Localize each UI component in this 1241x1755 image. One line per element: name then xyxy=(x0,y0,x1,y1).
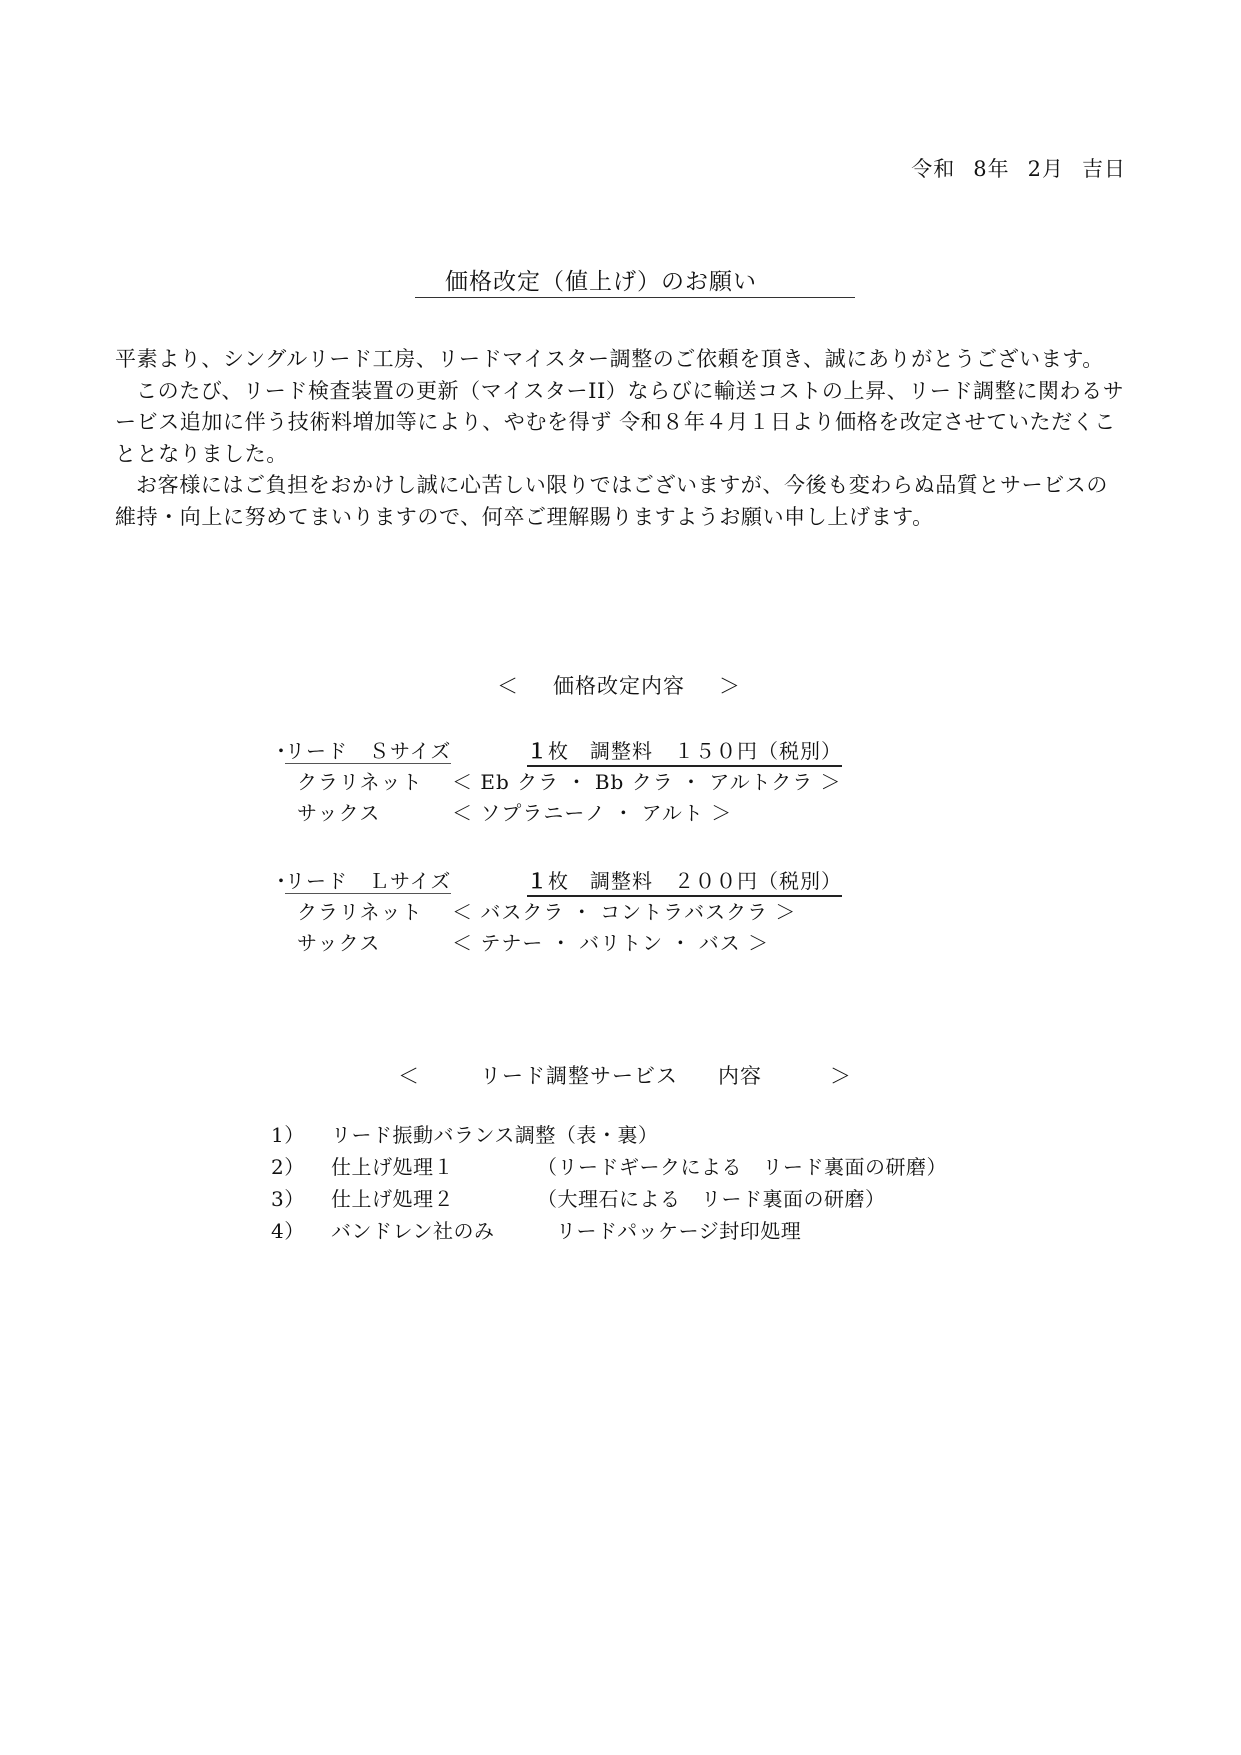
document-title: 価格改定（値上げ）のお願い xyxy=(415,267,855,298)
l-size-label: リード Ｌサイズ xyxy=(285,869,451,894)
l-size-label-row: ・リード Ｌサイズ xyxy=(271,867,451,895)
document-date: 令和8年2月吉日 xyxy=(911,153,1126,183)
price-section-heading: ＜価格改定内容＞ xyxy=(497,670,741,700)
open-bracket: ＜ xyxy=(497,674,519,698)
l-size-price-text: 枚 調整料 ２００円（税別） xyxy=(548,869,842,893)
price-heading-text: 価格改定内容 xyxy=(553,674,685,698)
service-item: 2）仕上げ処理１（リードギークによる リード裏面の研磨） xyxy=(271,1153,947,1181)
close-bracket: ＞ xyxy=(719,674,741,698)
sax-label: サックス xyxy=(297,929,452,957)
s-size-qty: １ xyxy=(527,739,548,763)
service-number: 4） xyxy=(271,1217,331,1245)
s-size-price-text: 枚 調整料 １５０円（税別） xyxy=(548,739,842,763)
service-number: 3） xyxy=(271,1185,331,1213)
service-name: 仕上げ処理１ xyxy=(331,1153,537,1181)
service-heading-suffix: 内容 xyxy=(718,1064,762,1088)
date-year: 8年 xyxy=(973,157,1009,181)
paragraph-reason: このたび、リード検査装置の更新（マイスターII）ならびに輸送コストの上昇、リード… xyxy=(115,376,1127,471)
service-name: バンドレン社のみ xyxy=(331,1217,556,1245)
service-number: 1） xyxy=(271,1121,331,1149)
paragraph-greeting: 平素より、シングルリード工房、リードマイスター調整のご依頼を頂き、誠にありがとう… xyxy=(115,344,1127,376)
s-size-label: リード Ｓサイズ xyxy=(285,739,451,764)
l-size-clarinet-row: クラリネット＜ バスクラ ・ コントラバスクラ ＞ xyxy=(297,898,796,926)
s-size-sax-row: サックス＜ ソプラニーノ ・ アルト ＞ xyxy=(297,799,732,827)
bullet: ・ xyxy=(271,867,285,895)
service-detail: リードパッケージ封印処理 xyxy=(556,1219,801,1243)
close-bracket: ＞ xyxy=(830,1064,852,1088)
date-day: 吉日 xyxy=(1082,157,1126,181)
clarinet-models: ＜ Eb クラ ・ Bb クラ ・ アルトクラ ＞ xyxy=(452,770,842,794)
clarinet-models: ＜ バスクラ ・ コントラバスクラ ＞ xyxy=(452,900,796,924)
date-era: 令和 xyxy=(911,157,955,181)
service-detail: （リードギークによる リード裏面の研磨） xyxy=(537,1155,947,1179)
service-heading-text: リード調整サービス xyxy=(480,1064,678,1088)
l-size-sax-row: サックス＜ テナー ・ バリトン ・ バス ＞ xyxy=(297,929,769,957)
date-month: 2月 xyxy=(1028,157,1064,181)
service-name: リード振動バランス調整（表・裏） xyxy=(331,1121,658,1149)
clarinet-label: クラリネット xyxy=(297,898,452,926)
service-name: 仕上げ処理２ xyxy=(331,1185,537,1213)
service-item: 3）仕上げ処理２（大理石による リード裏面の研磨） xyxy=(271,1185,886,1213)
sax-label: サックス xyxy=(297,799,452,827)
bullet: ・ xyxy=(271,737,285,765)
service-detail: （大理石による リード裏面の研磨） xyxy=(537,1187,886,1211)
service-number: 2） xyxy=(271,1153,331,1181)
service-section-heading: ＜リード調整サービス内容＞ xyxy=(398,1060,852,1090)
document-page: 令和8年2月吉日 価格改定（値上げ）のお願い 平素より、シングルリード工房、リー… xyxy=(0,0,1241,1755)
s-size-label-row: ・リード Ｓサイズ xyxy=(271,737,451,765)
clarinet-label: クラリネット xyxy=(297,768,452,796)
s-size-price: １枚 調整料 １５０円（税別） xyxy=(527,737,842,767)
l-size-price: １枚 調整料 ２００円（税別） xyxy=(527,867,842,897)
l-size-qty: １ xyxy=(527,869,548,893)
document-body: 平素より、シングルリード工房、リードマイスター調整のご依頼を頂き、誠にありがとう… xyxy=(115,344,1127,533)
service-item: 1）リード振動バランス調整（表・裏） xyxy=(271,1121,658,1149)
s-size-clarinet-row: クラリネット＜ Eb クラ ・ Bb クラ ・ アルトクラ ＞ xyxy=(297,768,842,796)
paragraph-apology: お客様にはご負担をおかけし誠に心苦しい限りではございますが、今後も変わらぬ品質と… xyxy=(115,470,1127,533)
service-item: 4）バンドレン社のみリードパッケージ封印処理 xyxy=(271,1217,801,1245)
sax-models: ＜ ソプラニーノ ・ アルト ＞ xyxy=(452,801,732,825)
sax-models: ＜ テナー ・ バリトン ・ バス ＞ xyxy=(452,931,769,955)
open-bracket: ＜ xyxy=(398,1064,420,1088)
